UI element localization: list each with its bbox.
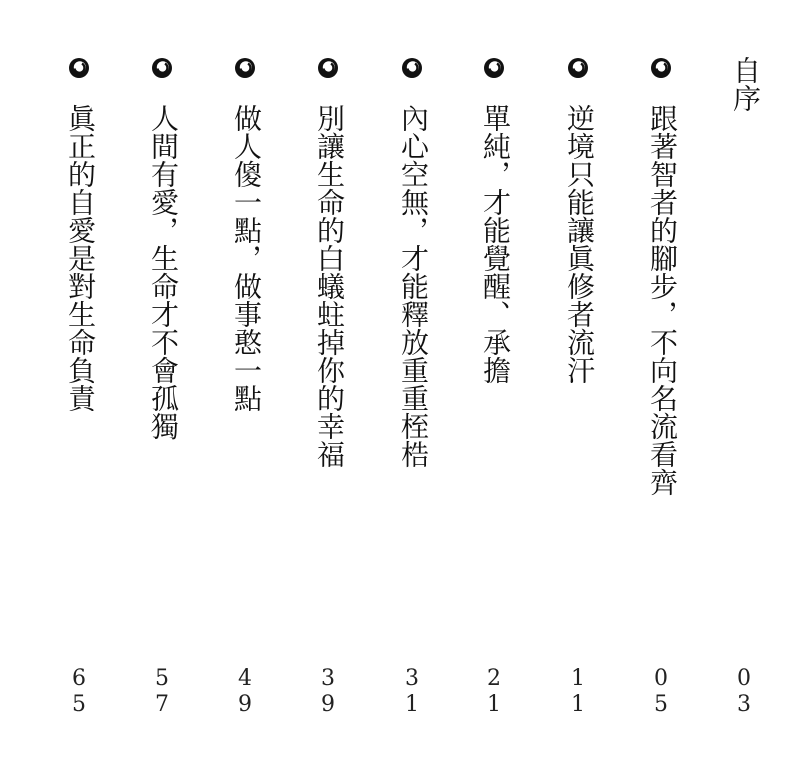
toc-entry[interactable]: 人間有愛，生命才不會孤獨 5 7	[142, 0, 182, 761]
table-of-contents: 自序 0 3 跟著智者的腳步，不向名流看齊 0 5 逆境只能讓眞修者流汗 1	[0, 0, 800, 761]
toc-entry-title: 別讓生命的白蟻蛀掉你的幸福	[312, 104, 344, 468]
toc-entry-page-number: 3 9	[318, 666, 338, 718]
toc-entry[interactable]: 別讓生命的白蟻蛀掉你的幸福 3 9	[308, 0, 348, 761]
spiral-bullet-icon	[233, 56, 257, 80]
spiral-bullet-icon	[400, 56, 424, 80]
toc-entry[interactable]: 單純，才能覺醒、承擔 2 1	[474, 0, 514, 761]
spiral-bullet-icon	[316, 56, 340, 80]
toc-entry[interactable]: 內心空無，才能釋放重重桎梏 3 1	[392, 0, 432, 761]
toc-entry-title: 跟著智者的腳步，不向名流看齊	[645, 104, 677, 496]
spiral-bullet-icon	[649, 56, 673, 80]
toc-entry[interactable]: 眞正的自愛是對生命負責 6 5	[59, 0, 99, 761]
spiral-bullet-icon	[67, 56, 91, 80]
toc-entry-page-number: 2 1	[484, 666, 504, 718]
spiral-bullet-icon	[150, 56, 174, 80]
toc-entry[interactable]: 跟著智者的腳步，不向名流看齊 0 5	[641, 0, 681, 761]
toc-entry-title: 單純，才能覺醒、承擔	[478, 104, 510, 384]
toc-entry-title: 自序	[728, 56, 760, 112]
toc-entry-page-number: 1 1	[568, 666, 588, 718]
toc-entry[interactable]: 做人傻一點，做事憨一點 4 9	[225, 0, 265, 761]
toc-entry-title: 眞正的自愛是對生命負責	[63, 104, 95, 412]
toc-entry-title: 做人傻一點，做事憨一點	[229, 104, 261, 412]
toc-entry-page-number: 3 1	[402, 666, 422, 718]
toc-entry-page-number: 0 5	[651, 666, 671, 718]
toc-entry-page-number: 4 9	[235, 666, 255, 718]
toc-entry-title: 內心空無，才能釋放重重桎梏	[396, 104, 428, 468]
spiral-bullet-icon	[482, 56, 506, 80]
toc-entry-title: 人間有愛，生命才不會孤獨	[146, 104, 178, 440]
spiral-bullet-icon	[566, 56, 590, 80]
toc-entry-page-number: 5 7	[152, 666, 172, 718]
toc-entry[interactable]: 逆境只能讓眞修者流汗 1 1	[558, 0, 598, 761]
toc-entry-page-number: 0 3	[734, 666, 754, 718]
toc-entry-page-number: 6 5	[69, 666, 89, 718]
toc-entry-preface[interactable]: 自序 0 3	[724, 0, 764, 761]
toc-entry-title: 逆境只能讓眞修者流汗	[562, 104, 594, 384]
